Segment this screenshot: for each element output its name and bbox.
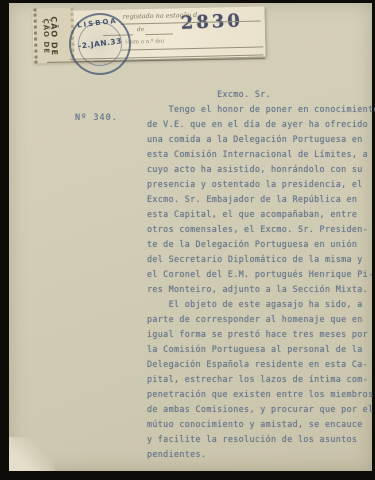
letter-line: te de la Delegación Portuguesa en unión bbox=[147, 237, 371, 252]
letter-line: penetración que existen entre los miembr… bbox=[147, 387, 371, 402]
label-printed-de: de bbox=[137, 26, 145, 33]
letter-line: cuyo acto ha asistido, honrándolo con su bbox=[147, 162, 371, 177]
letter-line: igual forma se prestó hace tres meses po… bbox=[147, 327, 371, 342]
scanned-letter-page: ÇÃO DE ÇÃO DE registado na estação d de … bbox=[9, 3, 372, 471]
letter-line: parte de corresponder al homenaje que en bbox=[147, 312, 371, 327]
letter-line: de V.E. que en el día de ayer ha ofrecid… bbox=[147, 117, 371, 132]
letter-line: res Monteiro, adjunto a la Sección Mixta… bbox=[147, 282, 371, 297]
letter-line: de ambas Comisiones, y procurar que por … bbox=[147, 402, 371, 417]
letter-body: Excmo. Sr. Tengo el honor de poner en co… bbox=[147, 87, 371, 462]
letter-line: esta Capital, el que acompañaban, entre bbox=[147, 207, 371, 222]
letter-line: Excmo. Sr. bbox=[147, 87, 371, 102]
stamp-edge-text: ÇÃO DE bbox=[49, 16, 59, 56]
letter-line: mútuo conocimiento y amistad, se encauce bbox=[147, 417, 371, 432]
registration-label: ÇÃO DE ÇÃO DE registado na estação d de … bbox=[32, 6, 265, 61]
letter-line: pendientes. bbox=[147, 447, 371, 462]
letter-line: otros comensales, el Excmo. Sr. Presiden… bbox=[147, 222, 371, 237]
letter-line: Excmo. Sr. Embajador de la República en bbox=[147, 192, 371, 207]
label-rule bbox=[121, 46, 263, 50]
label-blank-line bbox=[145, 33, 173, 35]
letter-line: esta Comisión Internacional de Límites, … bbox=[147, 147, 371, 162]
letter-line: una comida a la Delegación Portuguesa en bbox=[147, 132, 371, 147]
letter-line: el Coronel del E.M. portugués Henrique P… bbox=[147, 267, 371, 282]
stamp-edge-text: ÇÃO DE bbox=[41, 18, 50, 54]
letter-reference-number: Nº 340. bbox=[75, 113, 118, 123]
letter-line: presencia y ostentado la presidencia, el bbox=[147, 177, 371, 192]
letter-line: la Comisión Portuguesa al personal de la bbox=[147, 342, 371, 357]
letter-line: del Secretario Diplomático de la misma y bbox=[147, 252, 371, 267]
letter-line: El objeto de este agasajo ha sido, a bbox=[147, 297, 371, 312]
letter-line: pital, estrechar los lazos de íntima com… bbox=[147, 372, 371, 387]
letter-line: y facilite la resolución de los asuntos bbox=[147, 432, 371, 447]
letter-line: Delegación Española residente en esta Ca… bbox=[147, 357, 371, 372]
letter-line: Tengo el honor de poner en conocimiento bbox=[147, 102, 371, 117]
perforated-stamp-edge: ÇÃO DE ÇÃO DE bbox=[33, 8, 74, 64]
